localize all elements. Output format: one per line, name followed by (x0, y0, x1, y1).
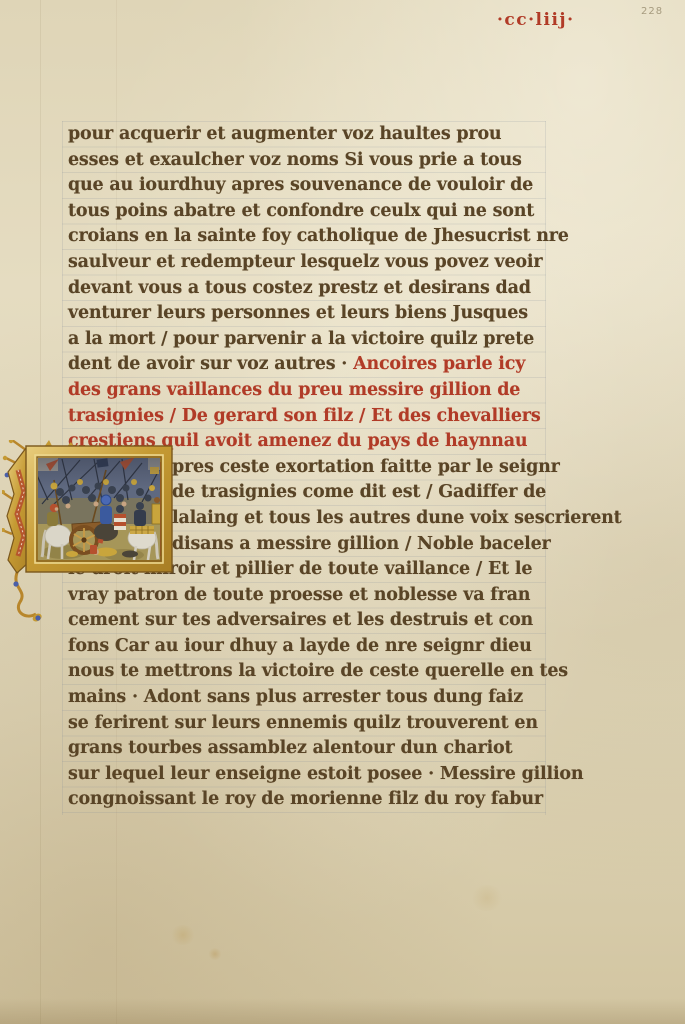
body-text: sur lequel leur enseigne estoit posee · … (68, 764, 583, 784)
body-text: dent de avoir sur voz autres · (68, 354, 353, 374)
text-line: que au iourdhuy apres souvenance de voul… (68, 172, 544, 198)
text-line: fons Car au iour dhuy a layde de nre sei… (68, 633, 544, 659)
body-text: tous poins abatre et confondre ceulx qui… (68, 201, 534, 221)
text-line: pres ceste exortation faitte par le seig… (172, 454, 544, 480)
text-line: sur lequel leur enseigne estoit posee · … (68, 761, 544, 787)
text-line: de trasignies come dit est / Gadiffer de (172, 479, 544, 505)
body-text: mains · Adont sans plus arrester tous du… (68, 687, 523, 707)
rubric-text: Ancoires parle icy (353, 354, 525, 374)
text-line: a la mort / pour parvenir a la victoire … (68, 326, 544, 352)
body-text: esses et exaulcher voz noms Si vous prie… (68, 150, 522, 170)
body-text: venturer leurs personnes et leurs biens … (68, 303, 528, 323)
body-text: pour acquerir et augmenter voz haultes p… (68, 124, 501, 144)
battle-scene (32, 457, 162, 561)
parchment-stain (470, 885, 504, 911)
text-line: lalaing et tous les autres dune voix ses… (172, 505, 544, 531)
text-line: saulveur et redempteur lesquelz vous pov… (68, 249, 544, 275)
text-line: trasignies / De gerard son filz / Et des… (68, 403, 544, 429)
folio-number-roman: ·cc·liij· (497, 10, 574, 30)
text-line: mains · Adont sans plus arrester tous du… (68, 684, 544, 710)
body-text: se ferirent sur leurs ennemis quilz trou… (68, 713, 538, 733)
illuminated-initial (2, 440, 174, 626)
text-line: venturer leurs personnes et leurs biens … (68, 300, 544, 326)
battle-miniature (2, 440, 174, 626)
text-line: disans a messire gillion / Noble baceler (172, 531, 544, 557)
parchment-stain (208, 948, 222, 960)
text-line: des grans vaillances du preu messire gil… (68, 377, 544, 403)
body-text: saulveur et redempteur lesquelz vous pov… (68, 252, 542, 272)
body-text: a la mort / pour parvenir a la victoire … (68, 329, 534, 349)
body-text: nous te mettrons la victoire de ceste qu… (68, 661, 568, 681)
text-line: grans tourbes assamblez alentour dun cha… (68, 735, 544, 761)
body-text: que au iourdhuy apres souvenance de voul… (68, 175, 533, 195)
body-text: lalaing et tous les autres dune voix ses… (172, 508, 622, 528)
parchment-stain (170, 925, 196, 945)
manuscript-page: ·cc·liij· 228 pour acquerir et augmenter… (0, 0, 685, 1024)
rubric-text: trasignies / De gerard son filz / Et des… (68, 406, 540, 426)
text-line: pour acquerir et augmenter voz haultes p… (68, 121, 544, 147)
text-line: dent de avoir sur voz autres · Ancoires … (68, 351, 544, 377)
rubric-text: des grans vaillances du preu messire gil… (68, 380, 520, 400)
text-line: croians en la sainte foy catholique de J… (68, 223, 544, 249)
text-line: devant vous a tous costez prestz et desi… (68, 275, 544, 301)
text-line: se ferirent sur leurs ennemis quilz trou… (68, 710, 544, 736)
body-text: congnoissant le roy de morienne filz du … (68, 789, 543, 809)
body-text: devant vous a tous costez prestz et desi… (68, 278, 531, 298)
body-text: disans a messire gillion / Noble baceler (172, 534, 551, 554)
body-text: pres ceste exortation faitte par le seig… (172, 457, 560, 477)
body-text: croians en la sainte foy catholique de J… (68, 226, 569, 246)
text-line: esses et exaulcher voz noms Si vous prie… (68, 147, 544, 173)
text-line: tous poins abatre et confondre ceulx qui… (68, 198, 544, 224)
body-text: grans tourbes assamblez alentour dun cha… (68, 738, 512, 758)
folio-number-pencil: 228 (641, 6, 663, 17)
text-line: nous te mettrons la victoire de ceste qu… (68, 658, 544, 684)
text-line: congnoissant le roy de morienne filz du … (68, 786, 544, 812)
body-text: de trasignies come dit est / Gadiffer de (172, 482, 546, 502)
body-text: fons Car au iour dhuy a layde de nre sei… (68, 636, 532, 656)
